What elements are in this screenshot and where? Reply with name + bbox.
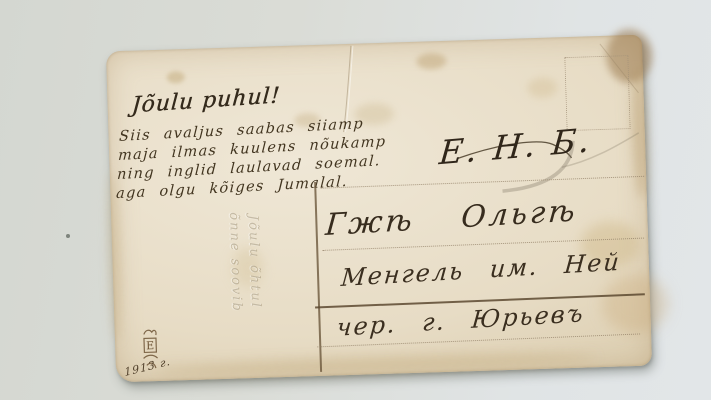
embossed-imprint: Jõulu õhtul õnne soovib <box>222 197 266 328</box>
photo-background: Jõulu puhul! Siis avaljus saabas siiamp … <box>0 0 711 400</box>
handwritten-message: Siis avaljus saabas siiamp maja ilmas ku… <box>116 114 388 204</box>
dust-speck <box>66 234 70 238</box>
mark-ornament-top <box>144 330 156 335</box>
mark-letter: E <box>146 339 154 352</box>
stamp-box <box>564 55 630 131</box>
postcard-back: Jõulu puhul! Siis avaljus saabas siiamp … <box>106 35 652 383</box>
embossed-line: õnne soovib <box>224 197 247 328</box>
